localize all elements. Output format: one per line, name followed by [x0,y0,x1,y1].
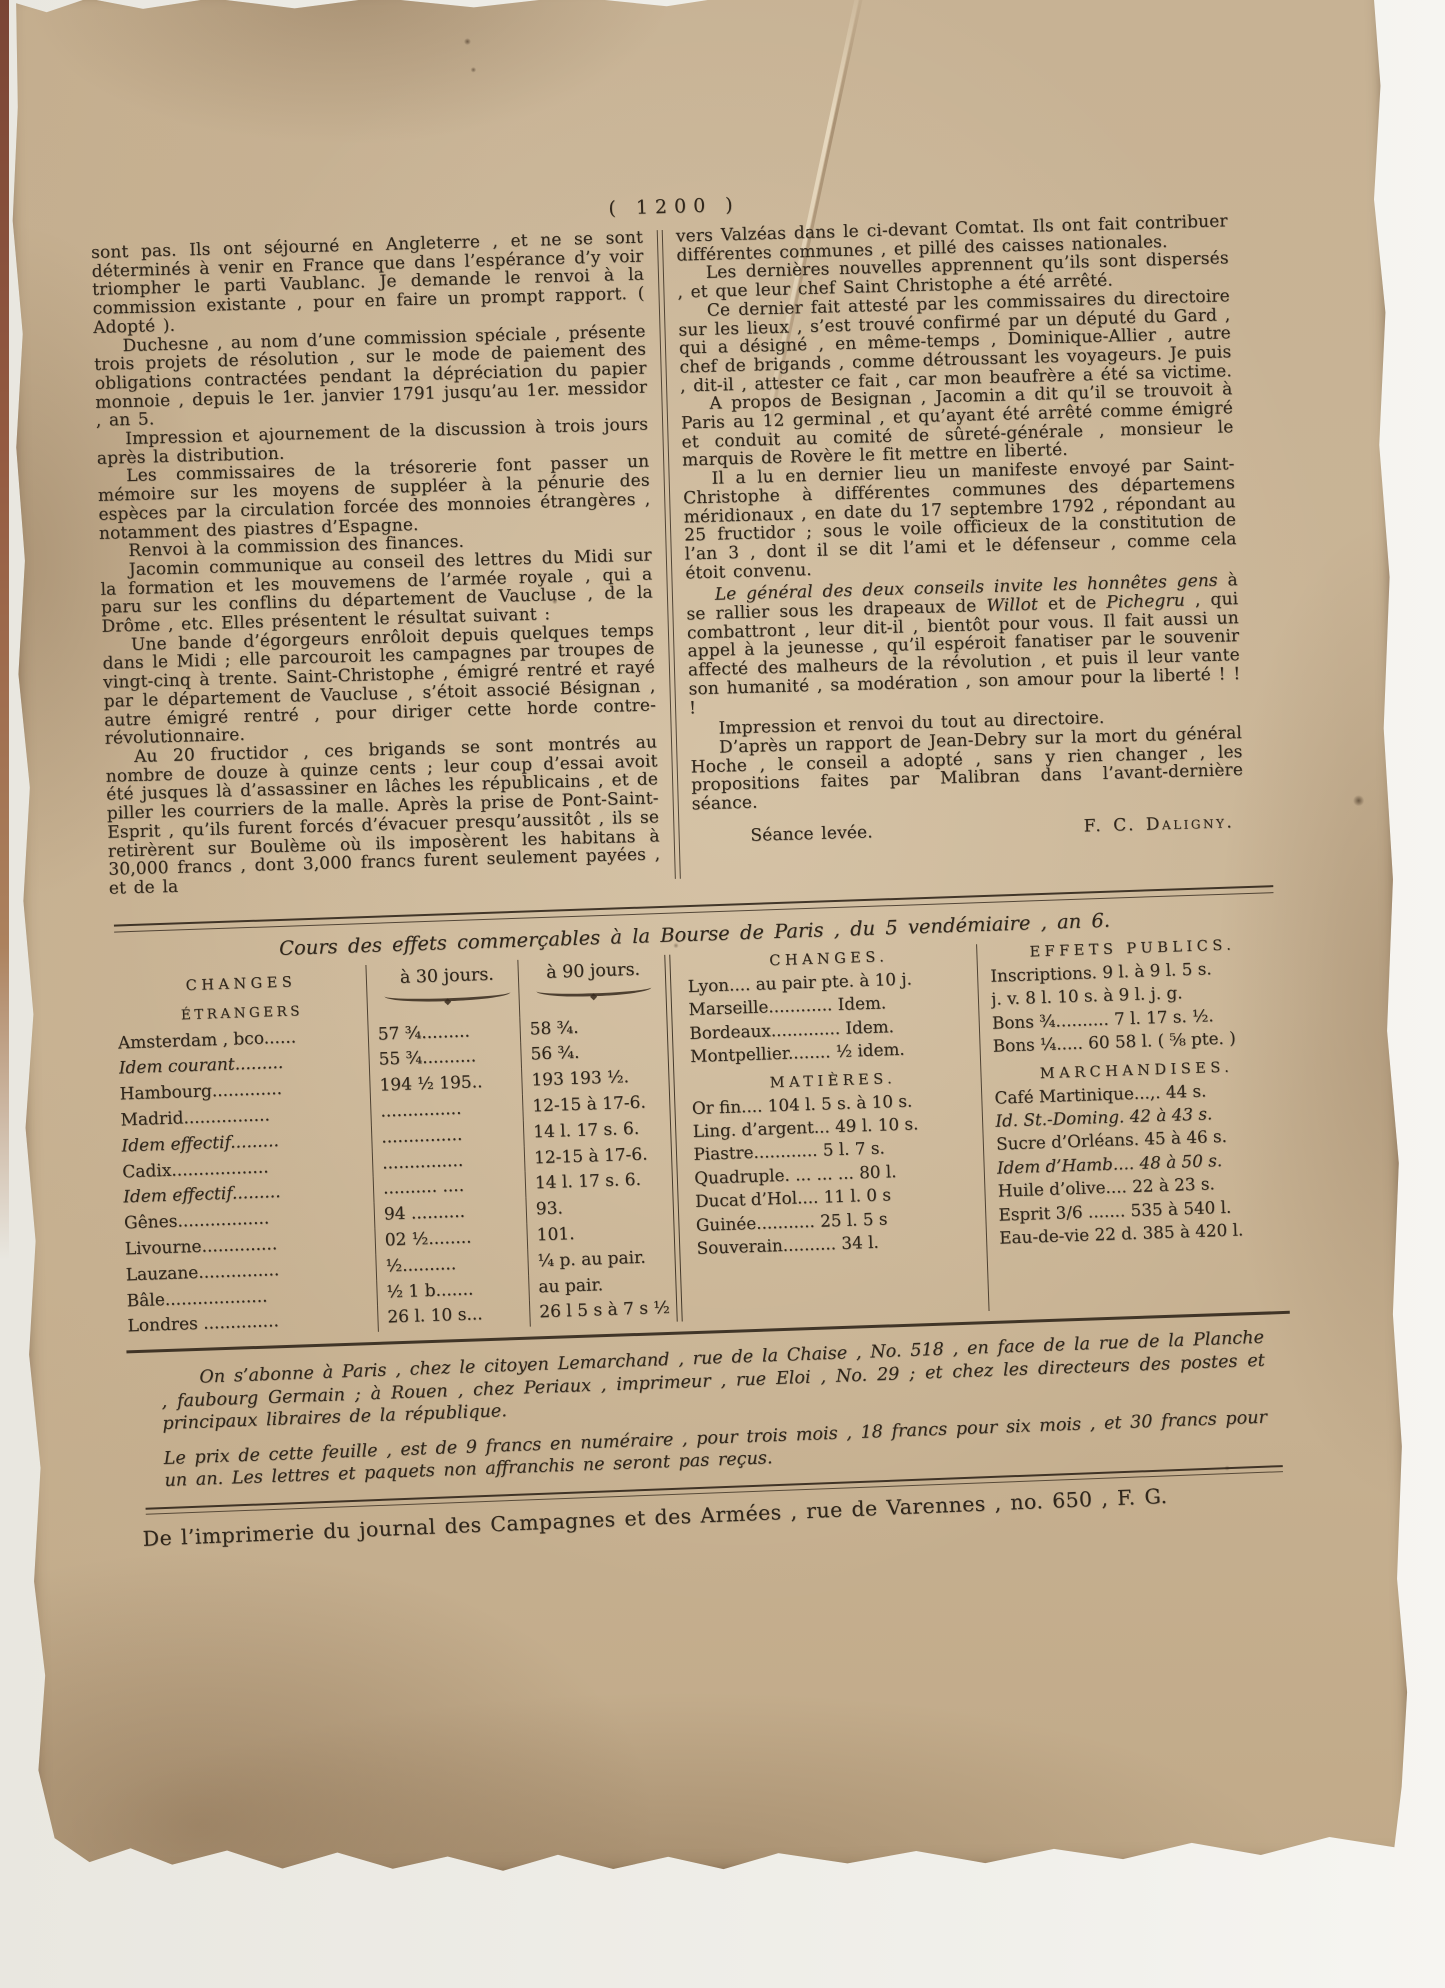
right-column: vers Valzéas dans le ci-devant Comtat. I… [676,212,1246,882]
body-paragraph: Duchesne , au nom d’une commission spéci… [94,322,648,431]
scanner-left-edge [0,0,9,1260]
bourse-grid: Changes étrangers à 30 jours. à 90 jours… [112,934,1292,1341]
body-paragraph: D’après un rapport de Jean-Debry sur la … [690,724,1244,814]
body-paragraph: sont pas. Ils ont séjourné en Angleterre… [91,229,645,338]
section-effets-marchandises: Effets publics. Inscriptions. 9 l. à 9 l… [976,934,1287,1311]
section-changes-etrangers: Changes étrangers à 30 jours. à 90 jours… [116,955,671,1340]
seance-levee-text: Séance levée. [750,823,873,845]
row-value-90j: 26 l 5 s à 7 s ½. [529,1296,670,1327]
signature: F. C. Daligny. [1084,813,1235,836]
body-paragraph-manifesto: Le général des deux conseils invite les … [686,571,1241,717]
bourse-table: Cours des effets commerçables à la Bours… [110,885,1292,1354]
page-content: ( 1200 ) sont pas. Ils ont séjourné en A… [90,179,1295,1550]
section-changes-matieres: Changes. Lyon.... au pair pte. à 10 j. M… [675,944,989,1321]
col-header-90-jours: à 90 jours. [517,955,660,1017]
left-column: sont pas. Ils ont séjourné en Angleterre… [91,229,661,899]
body-paragraph: Au 20 fructidor , ces brigands se sont m… [105,733,661,898]
body-paragraph: Une bande d’égorgeurs enrôloit depuis qu… [102,621,657,749]
imprint-footer: On s’abonne à Paris , chez le citoyen Le… [122,1325,1296,1550]
session-close-line: Séance levée. F. C. Daligny. [692,813,1244,847]
changes-etrangers-header: Changes étrangers [116,965,368,1031]
article-columns: sont pas. Ils ont séjourné en Angleterre… [91,211,1277,898]
row-value-30j: 26 l. 10 s... [377,1301,530,1332]
header-line: Changes [116,968,367,1002]
body-paragraph: Il a lu en dernier lieu un manifeste env… [682,455,1237,583]
col-header-30-jours: à 30 jours. [365,959,519,1022]
column-divider-rule [657,230,681,879]
body-paragraph: Ce dernier fait attesté par les commissa… [678,287,1232,396]
